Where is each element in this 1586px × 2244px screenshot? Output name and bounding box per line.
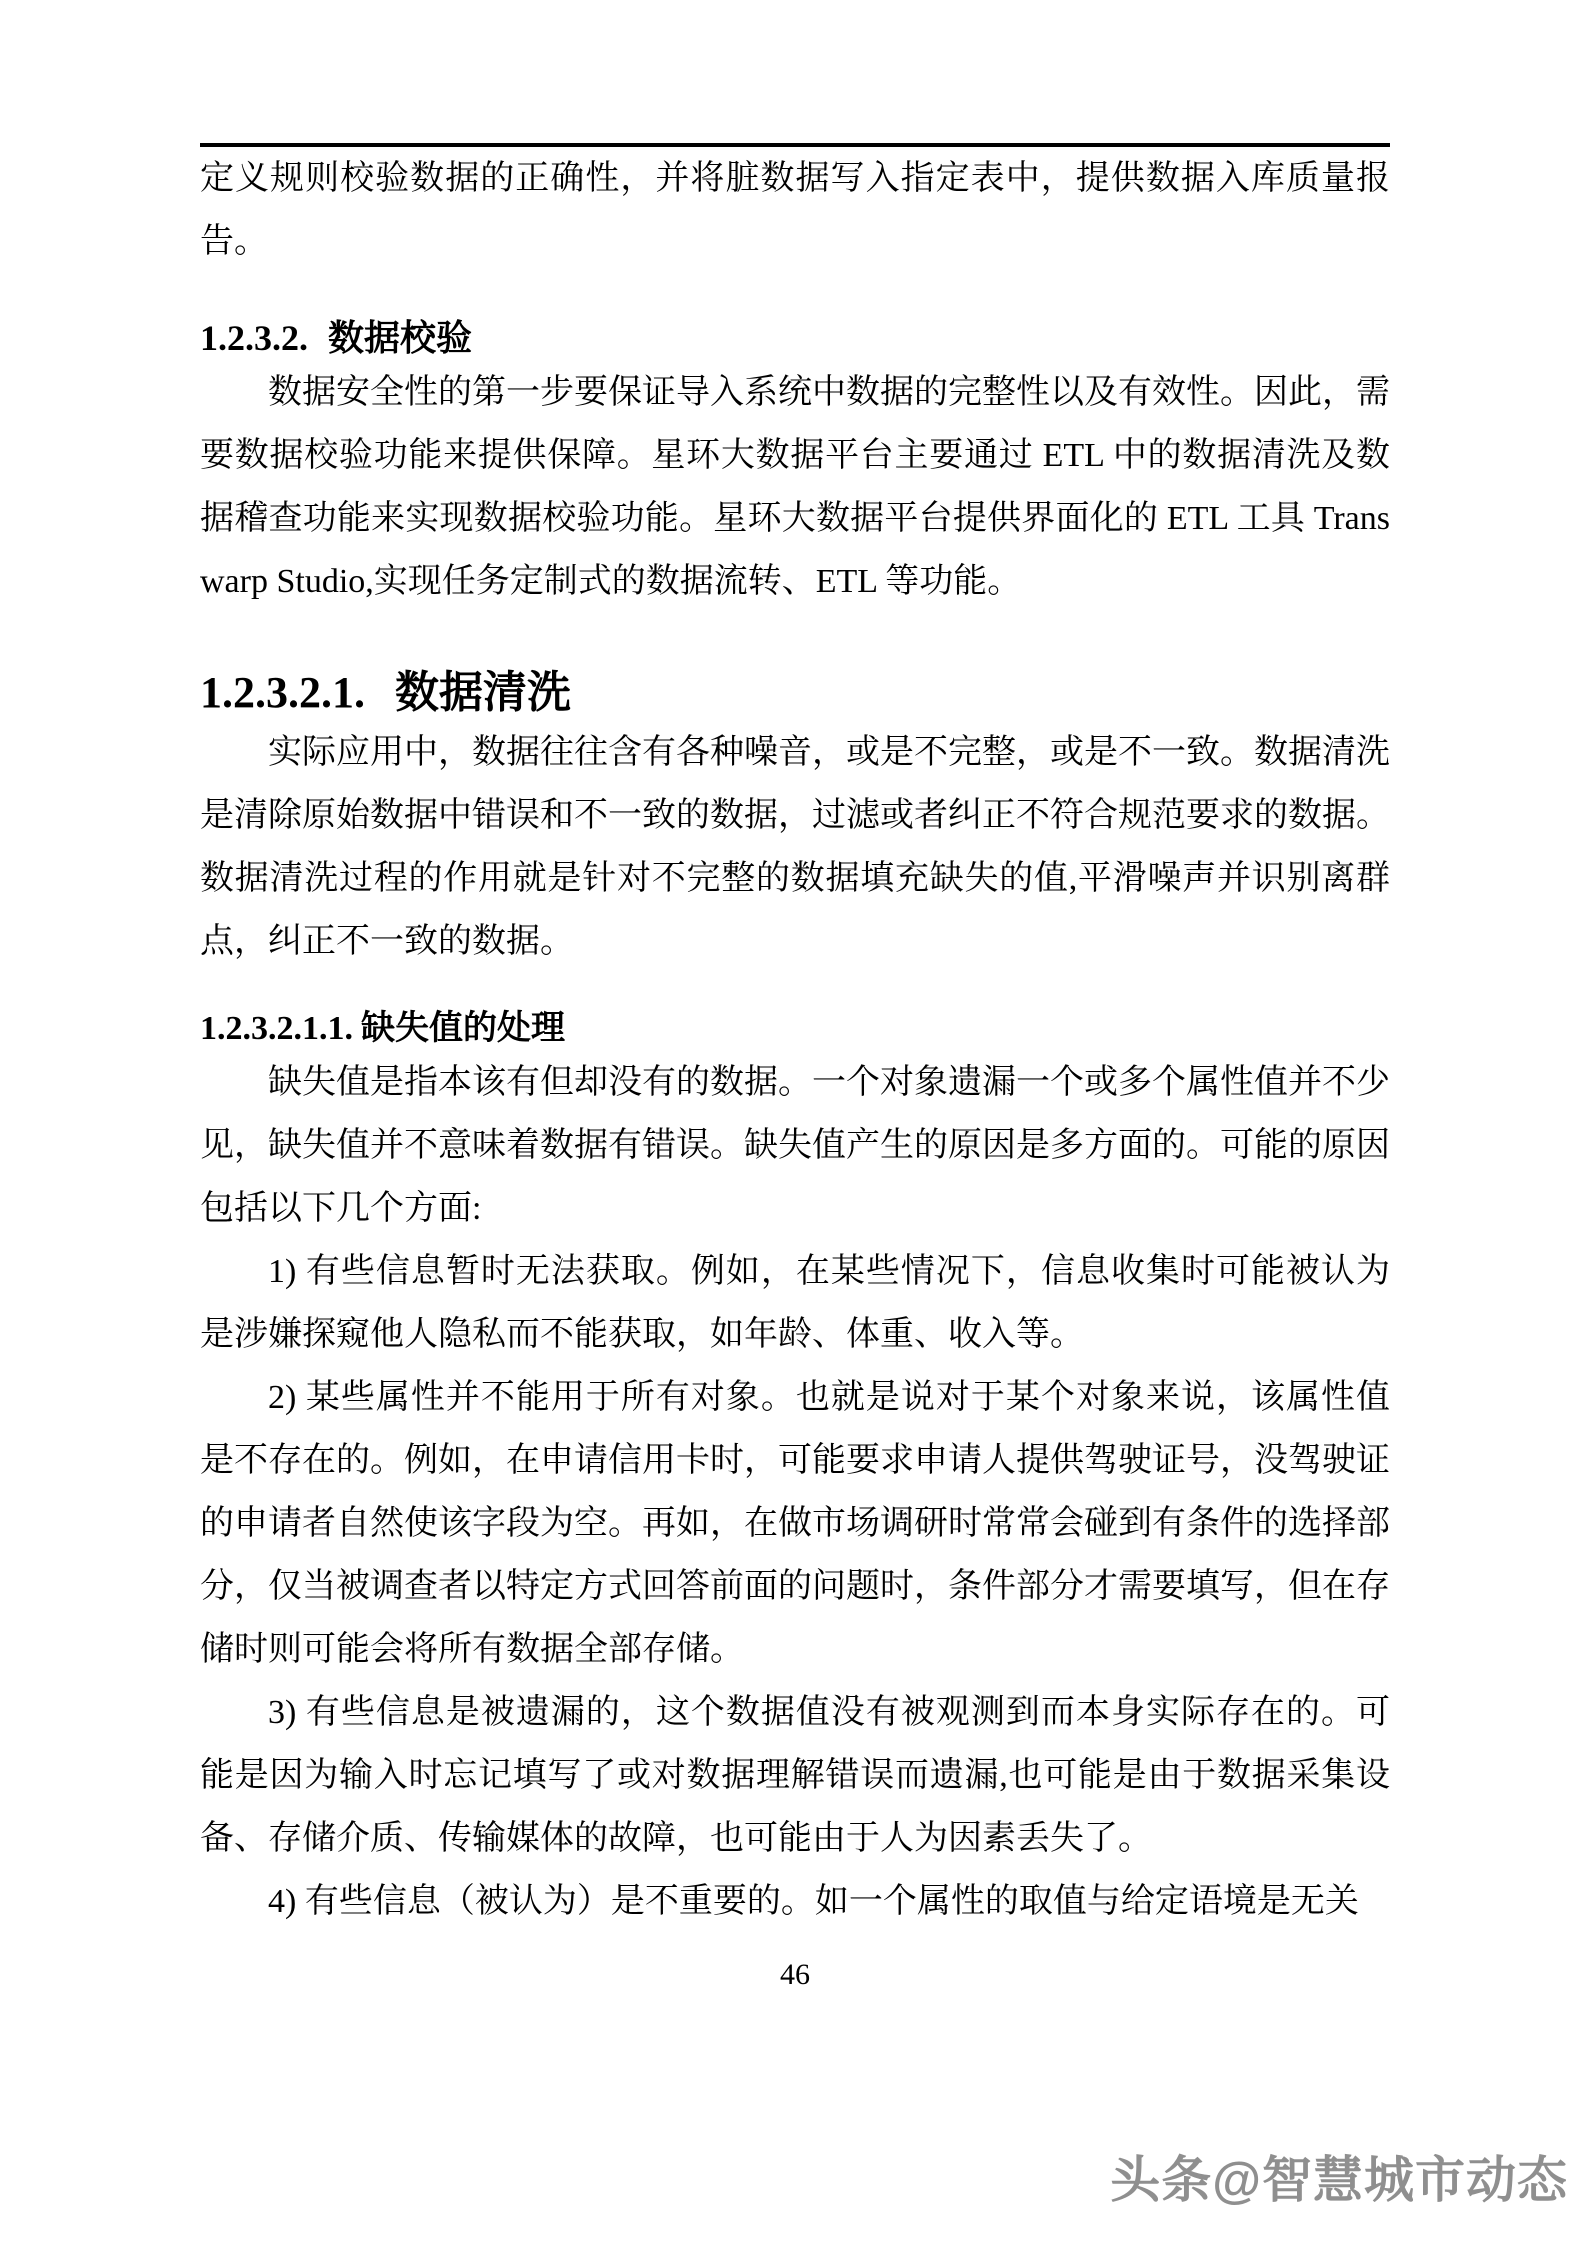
list-item-4: 4) 有些信息（被认为）是不重要的。如一个属性的取值与给定语境是无关: [200, 1870, 1390, 1933]
heading-data-validation: 1.2.3.2.数据校验: [200, 315, 1390, 361]
paragraph-data-validation: 数据安全性的第一步要保证导入系统中数据的完整性以及有效性。因此，需要数据校验功能…: [200, 361, 1390, 613]
heading-title: 缺失值的处理: [361, 1010, 565, 1047]
heading-number: 1.2.3.2.1.: [200, 668, 365, 717]
watermark-text: 头条@智慧城市动态: [1110, 2152, 1568, 2208]
heading-title: 数据清洗: [395, 668, 571, 717]
heading-number: 1.2.3.2.: [200, 318, 308, 358]
page-content: 定义规则校验数据的正确性，并将脏数据写入指定表中，提供数据入库质量报告。 1.2…: [200, 143, 1390, 1995]
heading-number: 1.2.3.2.1.1.: [200, 1010, 353, 1047]
paragraph-intro: 定义规则校验数据的正确性，并将脏数据写入指定表中，提供数据入库质量报告。: [200, 147, 1390, 273]
list-item-3: 3) 有些信息是被遗漏的，这个数据值没有被观测到而本身实际存在的。可能是因为输入…: [200, 1681, 1390, 1870]
heading-data-cleaning: 1.2.3.2.1.数据清洗: [200, 665, 1390, 721]
list-item-1: 1) 有些信息暂时无法获取。例如，在某些情况下，信息收集时可能被认为是涉嫌探窥他…: [200, 1240, 1390, 1366]
paragraph-missing-values: 缺失值是指本该有但却没有的数据。一个对象遗漏一个或多个属性值并不少见，缺失值并不…: [200, 1051, 1390, 1240]
paragraph-data-cleaning: 实际应用中，数据往往含有各种噪音，或是不完整，或是不一致。数据清洗是清除原始数据…: [200, 721, 1390, 973]
document-page: 定义规则校验数据的正确性，并将脏数据写入指定表中，提供数据入库质量报告。 1.2…: [0, 0, 1586, 2244]
page-number: 46: [200, 1955, 1390, 1995]
heading-title: 数据校验: [328, 318, 472, 358]
list-item-2: 2) 某些属性并不能用于所有对象。也就是说对于某个对象来说，该属性值是不存在的。…: [200, 1366, 1390, 1681]
heading-missing-values: 1.2.3.2.1.1.缺失值的处理: [200, 1007, 1390, 1051]
